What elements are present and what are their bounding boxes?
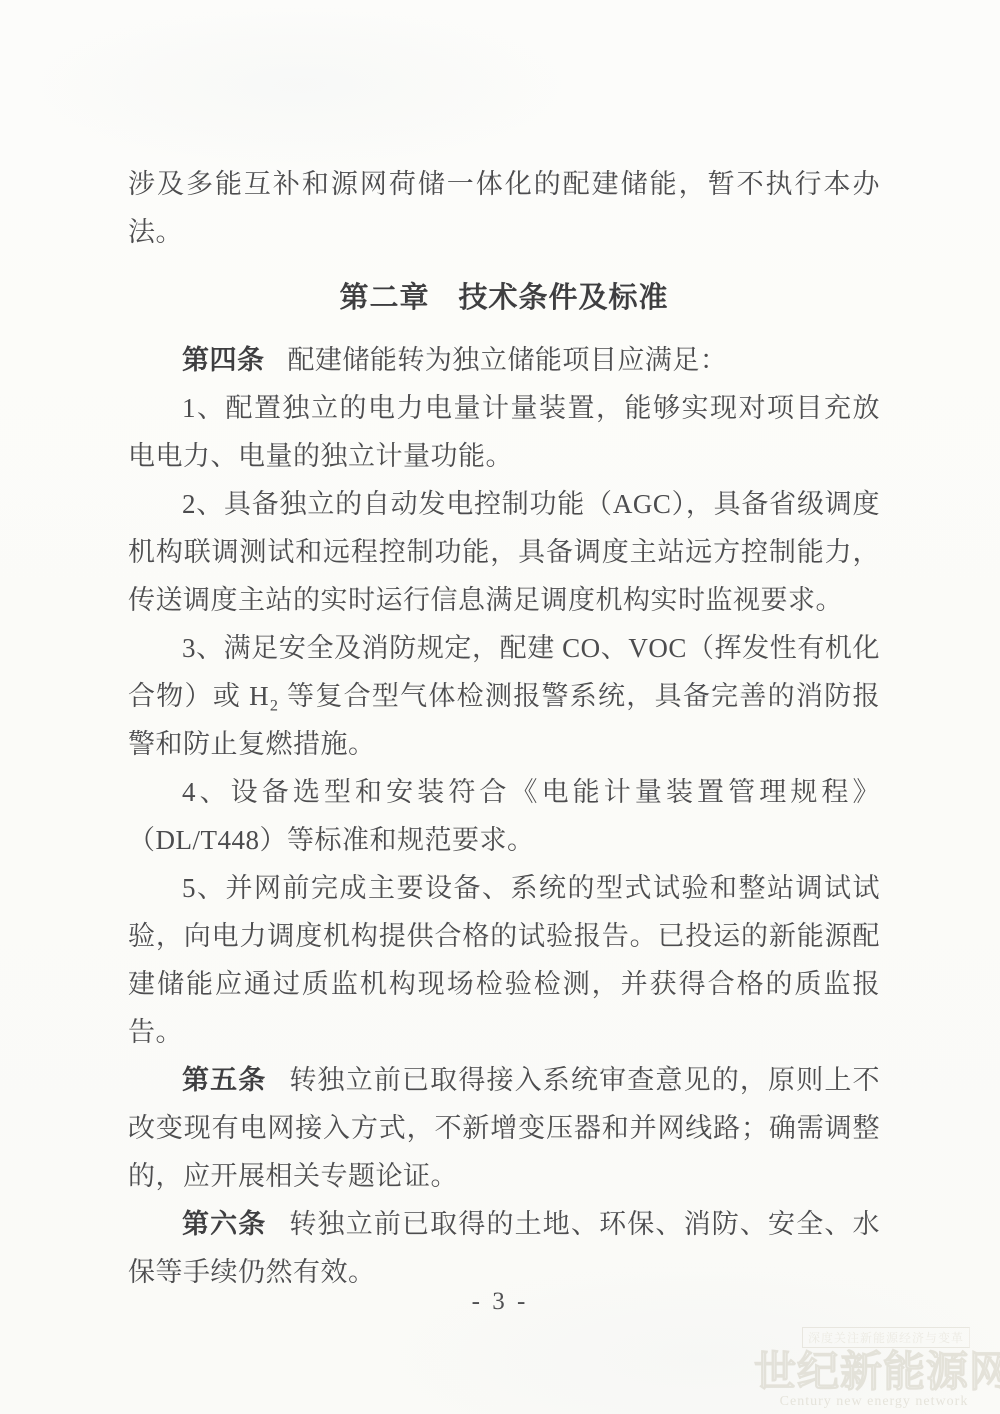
- paragraph-text: 2、具备独立的自动发电控制功能（AGC），具备省级调度机构联调测试和远程控制功能…: [128, 489, 880, 615]
- article-4-label: 第四条: [182, 345, 265, 375]
- watermark: 深度关注新能源经济与变革 世纪新能源网 Century new energy n…: [754, 1327, 994, 1410]
- article-4-item-4: 4、设备选型和安装符合《电能计量装置管理规程》（DL/T448）等标准和规范要求…: [128, 768, 880, 864]
- article-6: 第六条转独立前已取得的土地、环保、消防、安全、水保等手续仍然有效。: [128, 1200, 880, 1296]
- watermark-logo-text: 世纪新能源网: [754, 1350, 994, 1394]
- article-4-item-2: 2、具备独立的自动发电控制功能（AGC），具备省级调度机构联调测试和远程控制功能…: [128, 480, 880, 624]
- paragraph-text: 1、配置独立的电力电量计量装置，能够实现对项目充放电电力、电量的独立计量功能。: [128, 393, 880, 471]
- chapter-title: 技术条件及标准: [459, 282, 669, 314]
- watermark-tagline: 深度关注新能源经济与变革: [802, 1327, 970, 1348]
- article-5-label: 第五条: [182, 1065, 266, 1095]
- document-body: 涉及多能互补和源网荷储一体化的配建储能，暂不执行本办法。 第二章技术条件及标准 …: [128, 160, 880, 1296]
- chapter-heading: 第二章技术条件及标准: [128, 274, 880, 322]
- article-4-intro: 第四条配建储能转为独立储能项目应满足：: [128, 336, 880, 384]
- document-page: 涉及多能互补和源网荷储一体化的配建储能，暂不执行本办法。 第二章技术条件及标准 …: [0, 0, 1000, 1414]
- paragraph-text: 配建储能转为独立储能项目应满足：: [287, 345, 727, 375]
- paragraph-text: 4、设备选型和安装符合《电能计量装置管理规程》（DL/T448）等标准和规范要求…: [128, 777, 880, 855]
- chapter-number: 第二章: [339, 282, 429, 314]
- article-4-item-5: 5、并网前完成主要设备、系统的型式试验和整站调试试验，向电力调度机构提供合格的试…: [128, 864, 880, 1056]
- article-4-item-1: 1、配置独立的电力电量计量装置，能够实现对项目充放电电力、电量的独立计量功能。: [128, 384, 880, 480]
- paragraph-text: 涉及多能互补和源网荷储一体化的配建储能，暂不执行本办法。: [128, 169, 880, 247]
- article-5: 第五条转独立前已取得接入系统审查意见的，原则上不改变现有电网接入方式，不新增变压…: [128, 1056, 880, 1200]
- paragraph-text: 5、并网前完成主要设备、系统的型式试验和整站调试试验，向电力调度机构提供合格的试…: [128, 873, 880, 1047]
- article-6-label: 第六条: [182, 1209, 266, 1239]
- page-number: - 3 -: [0, 1288, 1000, 1316]
- paragraph-text: 3、满足安全及消防规定，配建 CO、VOC（挥发性有机化合物）或 H₂ 等复合型…: [128, 633, 880, 759]
- article-4-item-3: 3、满足安全及消防规定，配建 CO、VOC（挥发性有机化合物）或 H₂ 等复合型…: [128, 624, 880, 768]
- watermark-english-caption: Century new energy network: [754, 1394, 994, 1410]
- paragraph-continuation: 涉及多能互补和源网荷储一体化的配建储能，暂不执行本办法。: [128, 160, 880, 256]
